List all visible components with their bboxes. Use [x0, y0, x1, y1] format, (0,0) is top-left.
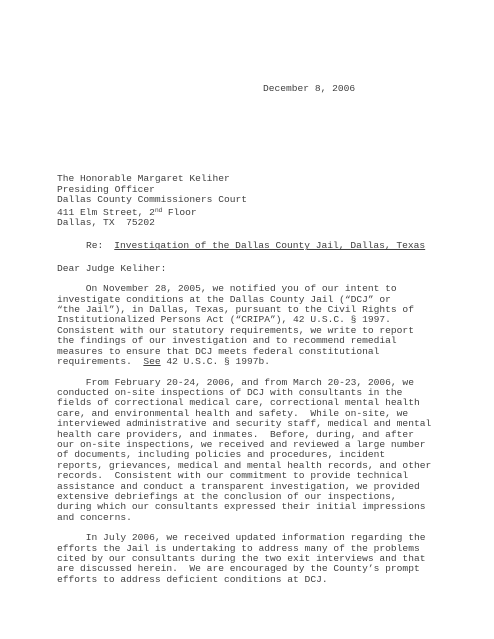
- letter-line: requirements. See 42 U.S.C. § 1997b.: [57, 357, 464, 367]
- text-segment: 42 U.S.C. § 1997b.: [161, 356, 270, 367]
- paragraph: In July 2006, we received updated inform…: [57, 533, 464, 585]
- letter-line: records. Consistent with our commitment …: [57, 471, 464, 481]
- re-subject: Investigation of the Dallas County Jail,…: [114, 240, 425, 251]
- paragraph: From February 20-24, 2006, and from Marc…: [57, 378, 464, 524]
- letter-line: efforts to address deficient conditions …: [57, 575, 464, 585]
- text-segment: requirements.: [57, 356, 143, 367]
- recipient-address: The Honorable Margaret KeliherPresiding …: [57, 174, 464, 228]
- re-label: Re:: [86, 240, 103, 251]
- letter-date: December 8, 2006: [57, 84, 464, 94]
- salutation: Dear Judge Keliher:: [57, 264, 464, 274]
- letter-line: Dallas, TX 75202: [57, 218, 464, 228]
- letter-line: Dallas County Commissioners Court: [57, 195, 464, 205]
- underlined-text: See: [143, 356, 160, 367]
- text-segment: Floor: [162, 207, 197, 218]
- letter-line: interviewed administrative and security …: [57, 419, 464, 429]
- superscript-text: nd: [155, 207, 162, 214]
- text-segment: 411 Elm Street, 2: [57, 207, 155, 218]
- subject-line: Re:Investigation of the Dallas County Ja…: [57, 241, 464, 251]
- letter-line: and concerns.: [57, 513, 464, 523]
- letter-body: On November 28, 2005, we notified you of…: [57, 284, 464, 585]
- letter-page: December 8, 2006 The Honorable Margaret …: [0, 0, 494, 639]
- paragraph: On November 28, 2005, we notified you of…: [57, 284, 464, 367]
